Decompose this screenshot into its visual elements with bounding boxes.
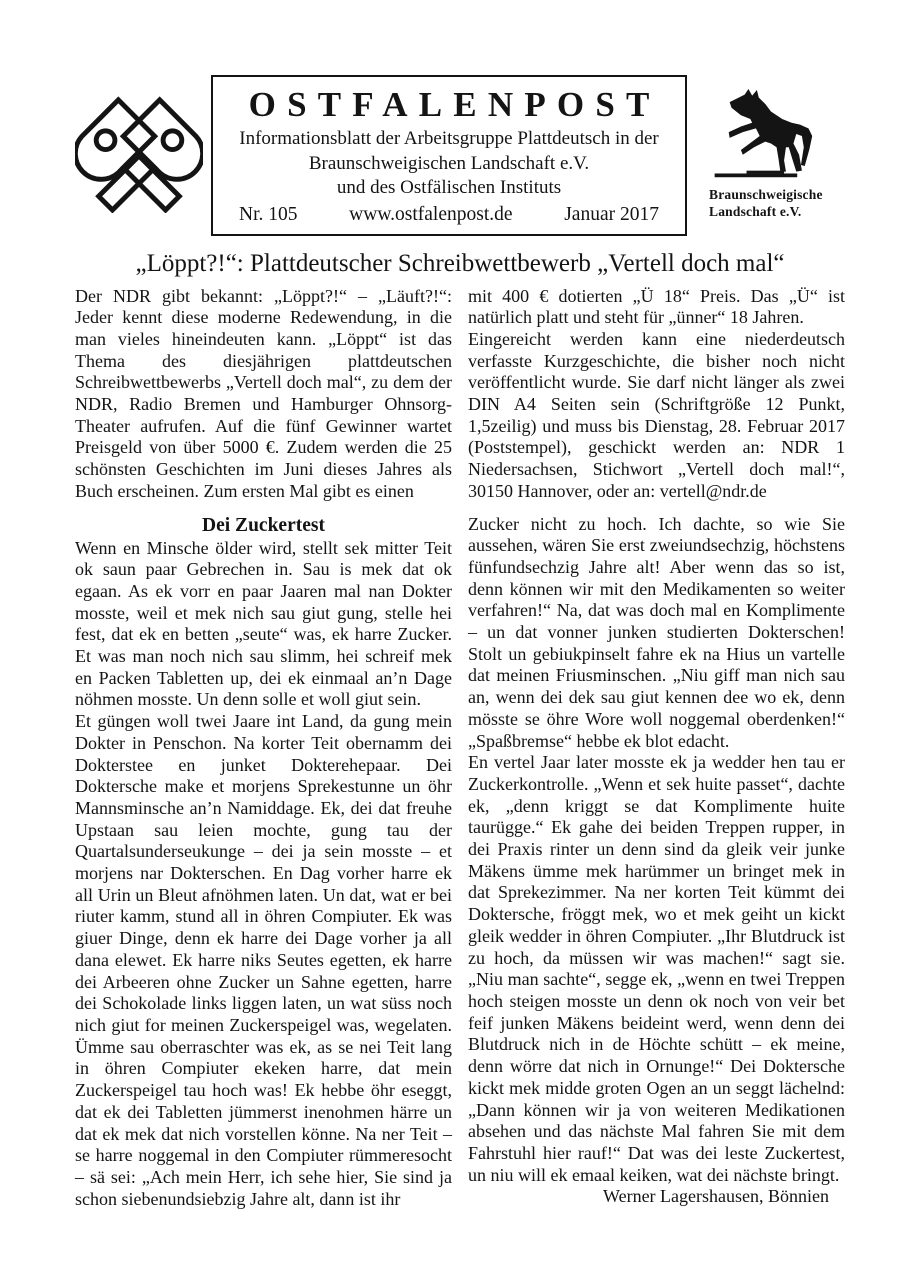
website-url: www.ostfalenpost.de [349, 202, 512, 227]
horse-caption-line-2: Landschaft e.V. [709, 204, 845, 221]
crossed-flags-icon [75, 93, 203, 213]
masthead-info-row: Nr. 105 www.ostfalenpost.de Januar 2017 [213, 201, 685, 227]
story-paragraph: Et güngen woll twei Jaare int Land, da g… [75, 711, 452, 1210]
horse-logo-caption: Braunschweigische Landschaft e.V. [709, 187, 845, 220]
contest-right-column: mit 400 € dotierten „Ü 18“ Preis. Das „Ü… [468, 286, 845, 503]
saxon-steed-horse-icon [709, 87, 831, 183]
contest-paragraph: Der NDR gibt bekannt: „Löppt?!“ – „Läuft… [75, 286, 452, 503]
crossed-signal-flags-logo [75, 75, 207, 213]
author-signature: Werner Lagershausen, Bönnien [468, 1186, 845, 1208]
masthead-box: OSTFALENPOST Informationsblatt der Arbei… [211, 75, 687, 236]
contest-left-column: Der NDR gibt bekannt: „Löppt?!“ – „Läuft… [75, 286, 452, 503]
contest-paragraph: mit 400 € dotierten „Ü 18“ Preis. Das „Ü… [468, 286, 845, 329]
story-paragraph: En vertel Jaar later mosste ek ja wedder… [468, 752, 845, 1186]
story-left-column: Dei Zuckertest Wenn en Minsche ölder wir… [75, 514, 452, 1211]
article-headline: „Löppt?!“: Plattdeutscher Schreibwettbew… [75, 248, 845, 279]
masthead-subtitle-line-3: und des Ostfälischen Instituts [213, 176, 685, 201]
zuckertest-story: Dei Zuckertest Wenn en Minsche ölder wir… [75, 514, 845, 1211]
story-paragraph: Zucker nicht zu hoch. Ich dachte, so wie… [468, 514, 845, 753]
story-heading: Dei Zuckertest [75, 514, 452, 537]
horse-caption-line-1: Braunschweigische [709, 187, 845, 204]
contest-paragraph: Eingereicht werden kann eine niederdeuts… [468, 329, 845, 503]
braunschweigische-landschaft-logo: Braunschweigische Landschaft e.V. [693, 75, 845, 220]
issue-number: Nr. 105 [239, 202, 298, 227]
issue-date: Januar 2017 [564, 202, 659, 227]
masthead-subtitle-line-2: Braunschweigischen Landschaft e.V. [213, 152, 685, 177]
masthead: OSTFALENPOST Informationsblatt der Arbei… [75, 75, 845, 236]
masthead-subtitle-line-1: Informationsblatt der Arbeitsgruppe Plat… [213, 127, 685, 152]
story-paragraph: Wenn en Minsche ölder wird, stellt sek m… [75, 538, 452, 712]
newsletter-page: OSTFALENPOST Informationsblatt der Arbei… [0, 0, 904, 1280]
newsletter-title: OSTFALENPOST [213, 83, 685, 127]
contest-article: Der NDR gibt bekannt: „Löppt?!“ – „Läuft… [75, 286, 845, 503]
story-right-column: Zucker nicht zu hoch. Ich dachte, so wie… [468, 514, 845, 1211]
